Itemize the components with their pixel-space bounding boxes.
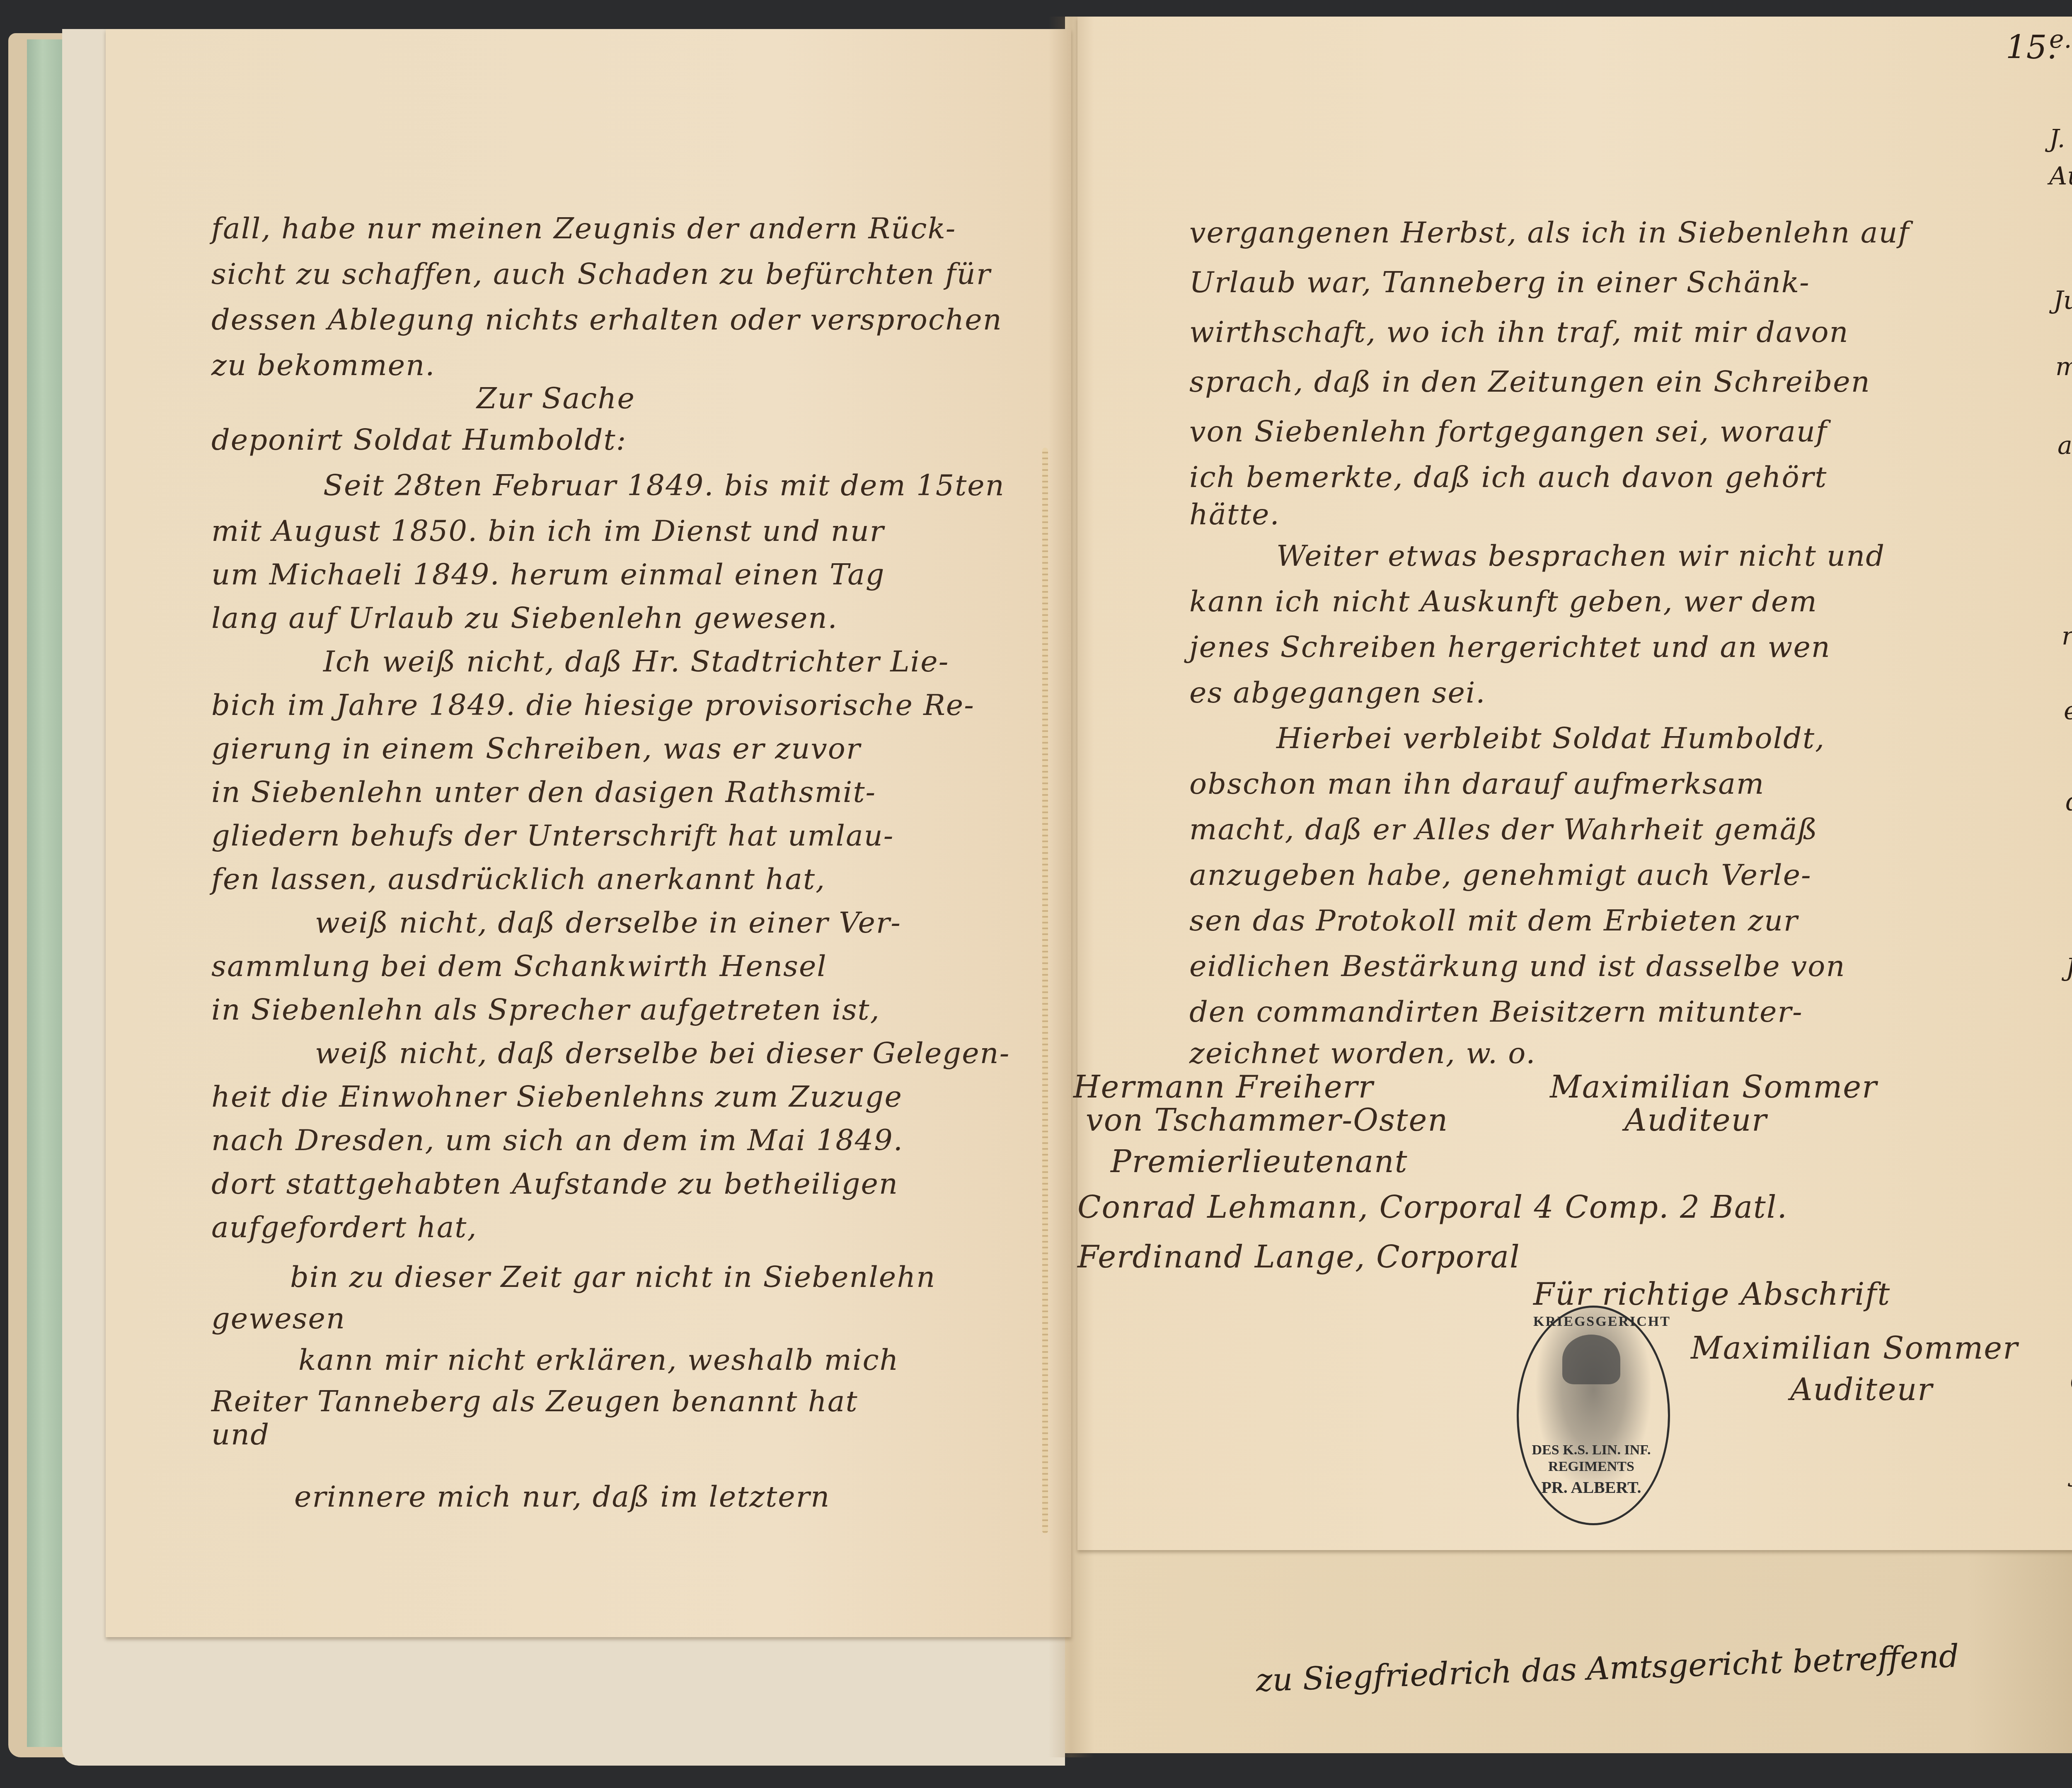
text-line: sprach, daß in den Zeitungen ein Schreib… [1189, 365, 1871, 399]
signature-name: Conrad Lehmann, Corporal 4 Comp. 2 Batl. [1077, 1190, 1788, 1225]
margin-fragment: a [2057, 431, 2072, 460]
text-line: zu bekommen. [211, 348, 436, 382]
text-line: um Michaeli 1849. herum einmal einen Tag [211, 557, 885, 591]
text-line: von Siebenlehn fortgegangen sei, worauf [1189, 414, 1828, 448]
margin-fragment: J. [2049, 124, 2065, 153]
text-line: wirthschaft, wo ich ihn traf, mit mir da… [1189, 315, 1849, 349]
text-line: weiß nicht, daß derselbe in einer Ver- [315, 906, 901, 940]
text-line: heit die Einwohner Siebenlehns zum Zuzug… [211, 1080, 903, 1114]
text-line: fen lassen, ausdrücklich anerkannt hat, [211, 862, 825, 896]
text-line: dort stattgehabten Aufstande zu betheili… [211, 1167, 898, 1201]
stamp-line: REGIMENTS [1529, 1459, 1653, 1475]
stamp-line: DES K.S. LIN. INF. [1529, 1442, 1653, 1458]
text-line: in Siebenlehn als Sprecher aufgetreten i… [211, 993, 880, 1027]
text-line: zeichnet worden, w. o. [1189, 1036, 1536, 1070]
attestation-title: Auditeur [1790, 1372, 1933, 1408]
text-line: macht, daß er Alles der Wahrheit gemäß [1189, 812, 1818, 846]
signature-name: Maximilian Sommer [1550, 1069, 1878, 1105]
margin-fragment: C. [2070, 1368, 2072, 1397]
text-line: den commandirten Beisitzern mitunter- [1189, 995, 1803, 1029]
margin-fragment: e. [2049, 25, 2072, 54]
green-spine-binding [27, 39, 66, 1747]
margin-fragment: Au. [2049, 162, 2072, 191]
text-line: jenes Schreiben hergerichtet und an wen [1189, 630, 1831, 664]
attestation-signature: Maximilian Sommer [1691, 1330, 2019, 1366]
book-gutter [1048, 17, 1094, 1757]
margin-fragment: rg [2062, 622, 2072, 651]
signature-name: Hermann Freiherr [1073, 1069, 1374, 1105]
text-line: mit August 1850. bin ich im Dienst und n… [211, 514, 884, 548]
text-line: gewesen [211, 1301, 346, 1335]
section-heading: Zur Sache [477, 381, 635, 415]
stamp-line: PR. ALBERT. [1529, 1478, 1653, 1497]
text-line: Weiter etwas besprachen wir nicht und [1276, 539, 1885, 573]
text-line: es abgegangen sei. [1189, 676, 1486, 710]
text-line: gliedern behufs der Unterschrift hat uml… [211, 819, 894, 853]
text-line: hätte. [1189, 497, 1280, 531]
text-line: weiß nicht, daß derselbe bei dieser Gele… [315, 1036, 1010, 1070]
margin-fragment: Jg [2066, 953, 2072, 982]
margin-fragment: Ju [2053, 286, 2072, 315]
signature-rank: Premierlieutenant [1111, 1144, 1408, 1180]
text-line: und [211, 1417, 270, 1451]
stamp-top-text: KRIEGSGERICHT [1533, 1314, 1649, 1330]
text-line: in Siebenlehn unter den dasigen Rathsmit… [211, 775, 876, 809]
binding-thread [1042, 448, 1048, 1534]
text-line: Reiter Tanneberg als Zeugen benannt hat [211, 1384, 858, 1418]
text-line: lang auf Urlaub zu Siebenlehn gewesen. [211, 601, 838, 635]
text-line: bin zu dieser Zeit gar nicht in Siebenle… [290, 1260, 936, 1294]
text-line: dessen Ablegung nichts erhalten oder ver… [211, 303, 1002, 337]
text-line: Ich weiß nicht, daß Hr. Stadtrichter Lie… [323, 644, 949, 678]
signature-name: Ferdinand Lange, Corporal [1077, 1239, 1520, 1275]
signature-title: Auditeur [1624, 1102, 1767, 1138]
crown-coat-of-arms-icon [1562, 1335, 1620, 1384]
text-line: kann ich nicht Auskunft geben, wer dem [1189, 584, 1818, 618]
text-line: aufgefordert hat, [211, 1210, 477, 1244]
text-line: sammlung bei dem Schankwirth Hensel [211, 949, 827, 983]
margin-fragment: m [2055, 352, 2072, 381]
margin-fragment: e, [2064, 696, 2072, 725]
text-line: fall, habe nur meinen Zeugnis der andern… [211, 211, 956, 245]
text-line: gierung in einem Schreiben, was er zuvor [211, 732, 861, 766]
text-line: bich im Jahre 1849. die hiesige provisor… [211, 688, 975, 722]
signature-name: von Tschammer-Osten [1086, 1102, 1448, 1138]
text-line: Hierbei verbleibt Soldat Humboldt, [1276, 721, 1825, 755]
margin-fragment: d [2066, 787, 2072, 816]
text-line: Seit 28ten Februar 1849. bis mit dem 15t… [323, 468, 1005, 502]
text-line: nach Dresden, um sich an dem im Mai 1849… [211, 1123, 903, 1157]
text-line: erinnere mich nur, daß im letztern [294, 1480, 830, 1514]
text-line: Urlaub war, Tanneberg in einer Schänk- [1189, 265, 1810, 299]
text-line: sen das Protokoll mit dem Erbieten zur [1189, 904, 1798, 938]
text-line: obschon man ihn darauf aufmerksam [1189, 767, 1765, 801]
text-line: kann mir nicht erklären, weshalb mich [298, 1343, 899, 1377]
text-line: eidlichen Bestärkung und ist dasselbe vo… [1189, 949, 1846, 983]
text-line: sicht zu schaffen, auch Schaden zu befür… [211, 257, 991, 291]
text-line: anzugeben habe, genehmigt auch Verle- [1189, 858, 1812, 892]
text-line: deponirt Soldat Humboldt: [211, 423, 627, 457]
text-line: vergangenen Herbst, als ich in Siebenleh… [1189, 216, 1910, 250]
text-line: ich bemerkte, daß ich auch davon gehört [1189, 460, 1827, 494]
